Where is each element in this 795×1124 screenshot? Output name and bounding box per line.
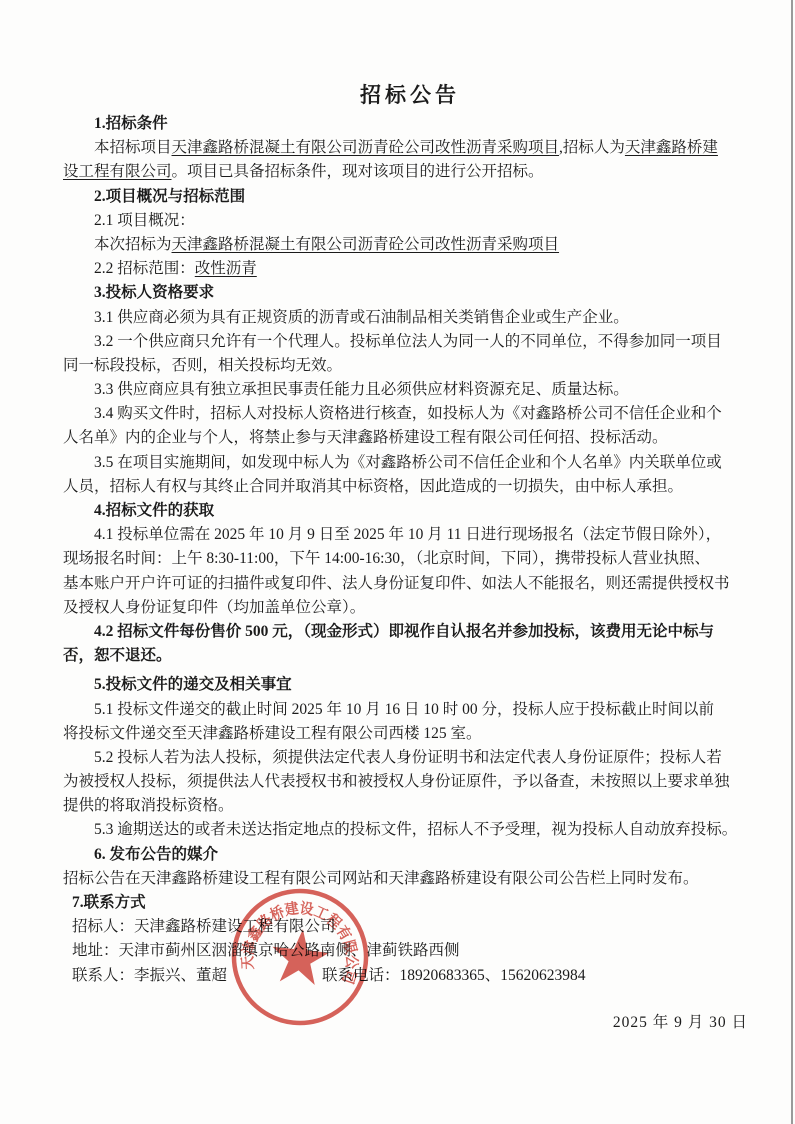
document-line: 3.1 供应商必须为具有正规资质的沥青或石油制品相关类销售企业或生产企业。 bbox=[63, 306, 757, 330]
text-segment: 同一标段投标，否则，相关投标均无效。 bbox=[63, 357, 342, 374]
document-line: 3.投标人资格要求 bbox=[63, 281, 757, 305]
underlined-text: 设工程有限公司 bbox=[63, 163, 172, 180]
document-line: 为被授权人投标，须提供法人代表授权书和被授权人身份证原件，予以备查，未按照以上要… bbox=[63, 770, 757, 794]
text-segment: 基本账户开户许可证的扫描件或复印件、法人身份证复印件、如法人不能报名，则还需提供… bbox=[63, 575, 730, 592]
text-segment: 2.项目概况与招标范围 bbox=[94, 188, 245, 205]
text-segment: 地址：天津市蓟州区洇溜镇京哈公路南侧、津蓟铁路西侧 bbox=[72, 942, 460, 959]
document-line: 3.3 供应商应具有独立承担民事责任能力且必须供应材料资源充足、质量达标。 bbox=[63, 378, 757, 402]
text-segment: 4.招标文件的获取 bbox=[94, 502, 214, 519]
document-line: 基本账户开户许可证的扫描件或复印件、法人身份证复印件、如法人不能报名，则还需提供… bbox=[63, 572, 757, 596]
text-segment: 将投标文件递交至天津鑫路桥建设工程有限公司西楼 125 室。 bbox=[63, 725, 482, 742]
document-line: 现场报名时间：上午 8:30-11:00，下午 14:00-16:30，（北京时… bbox=[63, 547, 757, 571]
text-segment: 3.投标人资格要求 bbox=[94, 284, 214, 301]
text-segment: 为被授权人投标，须提供法人代表授权书和被授权人身份证原件，予以备查，未按照以上要… bbox=[63, 773, 730, 790]
text-segment: 1.招标条件 bbox=[94, 115, 168, 132]
text-segment: 人员，招标人有权与其终止合同并取消其中标资格，因此造成的一切损失，由中标人承担。 bbox=[63, 478, 683, 495]
text-segment: 5.3 逾期送达的或者未送达指定地点的投标文件，招标人不予受理，视为投标人自动放… bbox=[94, 821, 737, 838]
document-line: 2.项目概况与招标范围 bbox=[63, 185, 757, 209]
document-line: 联系人：李振兴、董超联系电话：18920683365、15620623984 bbox=[63, 964, 757, 988]
document-line: 5.1 投标文件递交的截止时间 2025 年 10 月 16 日 10 时 00… bbox=[63, 698, 757, 722]
text-segment: 5.投标文件的递交及相关事宜 bbox=[94, 676, 292, 693]
underlined-text: 天津鑫路桥混凝土有限公司沥青砼公司改性沥青采购项目 bbox=[172, 236, 560, 253]
document-date: 2025 年 9 月 30 日 bbox=[613, 1010, 748, 1032]
document-line: 人名单》内的企业与个人，将禁止参与天津鑫路桥建设工程有限公司任何招、投标活动。 bbox=[63, 426, 757, 450]
text-segment: 3.1 供应商必须为具有正规资质的沥青或石油制品相关类销售企业或生产企业。 bbox=[94, 309, 629, 326]
underlined-text: 天津鑫路桥建 bbox=[625, 139, 718, 156]
document-line: 招标人：天津鑫路桥建设工程有限公司 bbox=[63, 915, 757, 939]
text-segment: 招标人：天津鑫路桥建设工程有限公司 bbox=[72, 918, 336, 935]
text-segment: 3.5 在项目实施期间，如发现中标人为《对鑫路桥公司不信任企业和个人名单》内关联… bbox=[94, 454, 722, 471]
text-segment: 5.1 投标文件递交的截止时间 2025 年 10 月 16 日 10 时 00… bbox=[94, 701, 714, 718]
text-segment: 3.3 供应商应具有独立承担民事责任能力且必须供应材料资源充足、质量达标。 bbox=[94, 381, 629, 398]
text-segment: ,招标人为 bbox=[559, 139, 625, 156]
text-segment: 4.2 招标文件每份售价 500 元，（现金形式）即视作自认报名并参加投标，该费… bbox=[94, 623, 714, 640]
underlined-text: 天津鑫路桥混凝土有限公司沥青砼公司改性沥青采购项目 bbox=[172, 139, 560, 156]
text-segment: 招标公告在天津鑫路桥建设工程有限公司网站和天津鑫路桥建设有限公司公告栏上同时发布… bbox=[63, 870, 699, 887]
document-line: 5.3 逾期送达的或者未送达指定地点的投标文件，招标人不予受理，视为投标人自动放… bbox=[63, 818, 757, 842]
document-line: 招标公告在天津鑫路桥建设工程有限公司网站和天津鑫路桥建设有限公司公告栏上同时发布… bbox=[63, 867, 757, 891]
text-segment: 5.2 投标人若为法人投标，须提供法定代表人身份证明书和法定代表人身份证原件；投… bbox=[94, 749, 722, 766]
text-segment: 提供的将取消投标资格。 bbox=[63, 797, 234, 814]
document-line: 设工程有限公司。项目已具备招标条件，现对该项目的进行公开招标。 bbox=[63, 160, 757, 184]
document-line: 2.2 招标范围：改性沥青 bbox=[63, 257, 757, 281]
document-line: 人员，招标人有权与其终止合同并取消其中标资格，因此造成的一切损失，由中标人承担。 bbox=[63, 475, 757, 499]
document-line: 5.2 投标人若为法人投标，须提供法定代表人身份证明书和法定代表人身份证原件；投… bbox=[63, 746, 757, 770]
text-segment: 2.1 项目概况： bbox=[94, 212, 195, 229]
scanned-document-page: 招标公告 1.招标条件本招标项目天津鑫路桥混凝土有限公司沥青砼公司改性沥青采购项… bbox=[0, 0, 795, 1124]
document-line: 否，恕不退还。 bbox=[63, 644, 757, 668]
text-segment: 3.2 一个供应商只允许有一个代理人。投标单位法人为同一人的不同单位，不得参加同… bbox=[94, 333, 722, 350]
text-segment: 。项目已具备招标条件，现对该项目的进行公开招标。 bbox=[172, 163, 544, 180]
text-segment: 联系电话：18920683365、15620623984 bbox=[322, 967, 586, 984]
text-segment: 4.1 投标单位需在 2025 年 10 月 9 日至 2025 年 10 月 … bbox=[94, 526, 721, 543]
document-line: 1.招标条件 bbox=[63, 112, 757, 136]
document-line: 地址：天津市蓟州区洇溜镇京哈公路南侧、津蓟铁路西侧 bbox=[63, 939, 757, 963]
document-content: 招标公告 1.招标条件本招标项目天津鑫路桥混凝土有限公司沥青砼公司改性沥青采购项… bbox=[63, 84, 757, 988]
document-line: 6. 发布公告的媒介 bbox=[63, 843, 757, 867]
text-segment: 2.2 招标范围： bbox=[94, 260, 195, 277]
document-line: 3.5 在项目实施期间，如发现中标人为《对鑫路桥公司不信任企业和个人名单》内关联… bbox=[63, 451, 757, 475]
document-line: 3.4 购买文件时，招标人对投标人资格进行核查，如投标人为《对鑫路桥公司不信任企… bbox=[63, 402, 757, 426]
page-title: 招标公告 bbox=[63, 84, 757, 106]
document-line: 同一标段投标，否则，相关投标均无效。 bbox=[63, 354, 757, 378]
document-line: 本次招标为天津鑫路桥混凝土有限公司沥青砼公司改性沥青采购项目 bbox=[63, 233, 757, 257]
document-line: 4.2 招标文件每份售价 500 元，（现金形式）即视作自认报名并参加投标，该费… bbox=[63, 620, 757, 644]
text-segment: 联系人：李振兴、董超 bbox=[72, 967, 227, 984]
text-segment: 本招标项目 bbox=[94, 139, 172, 156]
text-segment: 7.联系方式 bbox=[72, 894, 146, 911]
text-segment: 本次招标为 bbox=[94, 236, 172, 253]
document-line: 4.1 投标单位需在 2025 年 10 月 9 日至 2025 年 10 月 … bbox=[63, 523, 757, 547]
document-line: 及授权人身份证复印件（均加盖单位公章）。 bbox=[63, 596, 757, 620]
text-segment: 现场报名时间：上午 8:30-11:00，下午 14:00-16:30，（北京时… bbox=[63, 550, 710, 567]
text-segment: 人名单》内的企业与个人，将禁止参与天津鑫路桥建设工程有限公司任何招、投标活动。 bbox=[63, 429, 668, 446]
text-segment: 及授权人身份证复印件（均加盖单位公章）。 bbox=[63, 599, 365, 616]
document-line: 2.1 项目概况： bbox=[63, 209, 757, 233]
text-segment: 6. 发布公告的媒介 bbox=[94, 846, 218, 863]
scan-edge-artifact bbox=[791, 0, 793, 1124]
document-body: 1.招标条件本招标项目天津鑫路桥混凝土有限公司沥青砼公司改性沥青采购项目,招标人… bbox=[63, 112, 757, 988]
document-line: 将投标文件递交至天津鑫路桥建设工程有限公司西楼 125 室。 bbox=[63, 722, 757, 746]
document-line: 本招标项目天津鑫路桥混凝土有限公司沥青砼公司改性沥青采购项目,招标人为天津鑫路桥… bbox=[63, 136, 757, 160]
document-line: 4.招标文件的获取 bbox=[63, 499, 757, 523]
text-segment: 3.4 购买文件时，招标人对投标人资格进行核查，如投标人为《对鑫路桥公司不信任企… bbox=[94, 405, 722, 422]
document-line: 7.联系方式 bbox=[63, 891, 757, 915]
underlined-text: 改性沥青 bbox=[195, 260, 257, 277]
document-line: 5.投标文件的递交及相关事宜 bbox=[63, 673, 757, 697]
document-line: 提供的将取消投标资格。 bbox=[63, 794, 757, 818]
document-line: 3.2 一个供应商只允许有一个代理人。投标单位法人为同一人的不同单位，不得参加同… bbox=[63, 330, 757, 354]
text-segment: 否，恕不退还。 bbox=[63, 647, 172, 664]
